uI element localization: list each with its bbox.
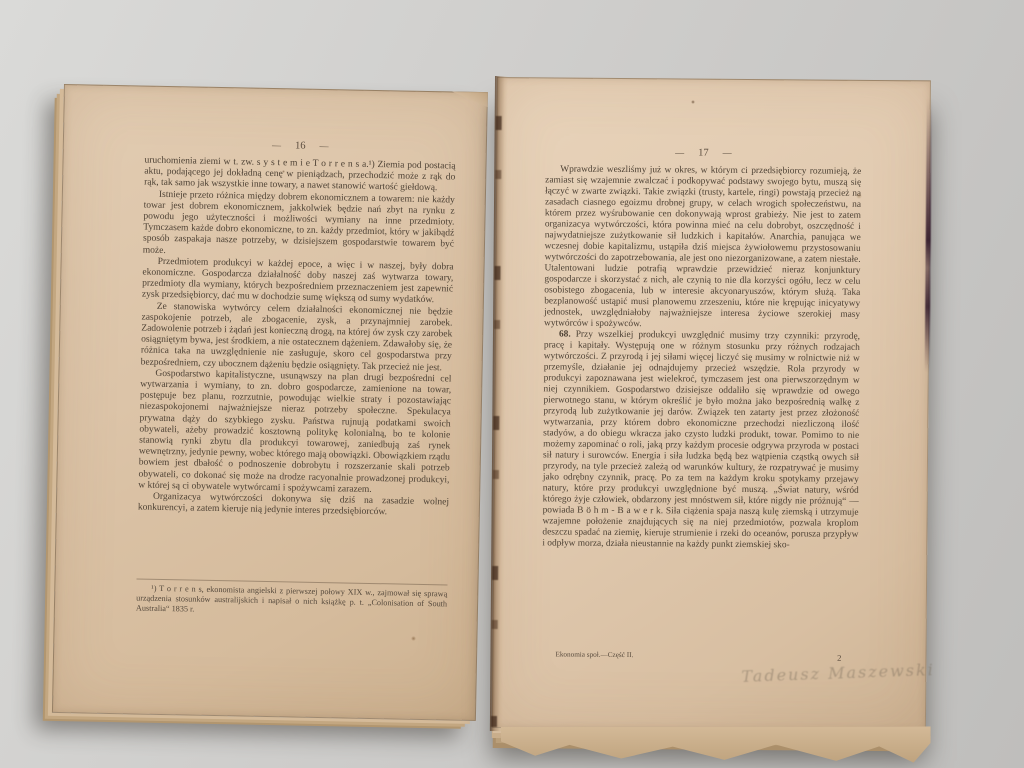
header-dash: — [320, 140, 329, 150]
right-page-content: — 17 — Wprawdzie weszliśmy już w okres, … [542, 146, 861, 551]
footnote: ¹) T o r r e n s, ekonomista angielski z… [136, 578, 448, 619]
right-page-footer: Ekonomia społ.—Część II. 2 [541, 650, 857, 662]
right-book-page: — 17 — Wprawdzie weszliśmy już w okres, … [492, 77, 931, 731]
left-page-header: — 16 — [145, 138, 456, 155]
paragraph: Gospodarstwo kapitalistyczne, usunąwszy … [138, 368, 451, 497]
footnote-text: ¹) T o r r e n s, ekonomista angielski z… [136, 583, 448, 619]
paragraph-text: Przy wszelkiej produkcyi uwzględnić musi… [542, 330, 860, 551]
paper-speck [691, 100, 695, 104]
paragraph-section-68: 68. Przy wszelkiej produkcyi uwzględnić … [542, 329, 860, 551]
header-dash: — [272, 140, 281, 150]
paper-speck [282, 170, 285, 173]
foxing-spot [856, 193, 862, 199]
owner-stamp: Tadeusz Maszewski [741, 659, 972, 686]
paragraph: Wprawdzie weszliśmy już w okres, w który… [544, 164, 861, 331]
page-corner-fold [452, 91, 488, 107]
left-page-content: — 16 — uruchomienia ziemi w t. zw. s y s… [138, 138, 456, 520]
signature-mark: 2 [837, 653, 857, 663]
header-dash: — [675, 147, 684, 157]
paragraph: uruchomienia ziemi w t. zw. s y s t e m … [144, 156, 456, 196]
photo-background: — 16 — uruchomienia ziemi w t. zw. s y s… [0, 0, 1024, 768]
worn-page-block-edge [501, 727, 931, 763]
paragraph: Ze stanowiska wytwórcy celem działalnośc… [141, 301, 453, 374]
ink-stain [925, 97, 932, 372]
running-title: Ekonomia społ.—Część II. [541, 650, 633, 661]
right-page-header: — 17 — [545, 146, 861, 159]
left-page-body: uruchomienia ziemi w t. zw. s y s t e m … [138, 156, 456, 520]
section-number: 68. [559, 329, 571, 339]
paragraph: Istnieje przeto różnica między dobrem ek… [143, 189, 455, 262]
paragraph: Organizacya wytwórczości dokonywa się dz… [138, 492, 449, 520]
paper-speck [411, 636, 416, 641]
left-page-number: 16 [295, 140, 306, 151]
paragraph: Przedmiotem produkcyi w każdej epoce, a … [142, 256, 454, 307]
right-page-number: 17 [698, 148, 709, 159]
header-dash: — [723, 147, 732, 157]
left-book-page: — 16 — uruchomienia ziemi w t. zw. s y s… [52, 84, 488, 721]
right-page-body: Wprawdzie weszliśmy już w okres, w który… [542, 164, 861, 551]
